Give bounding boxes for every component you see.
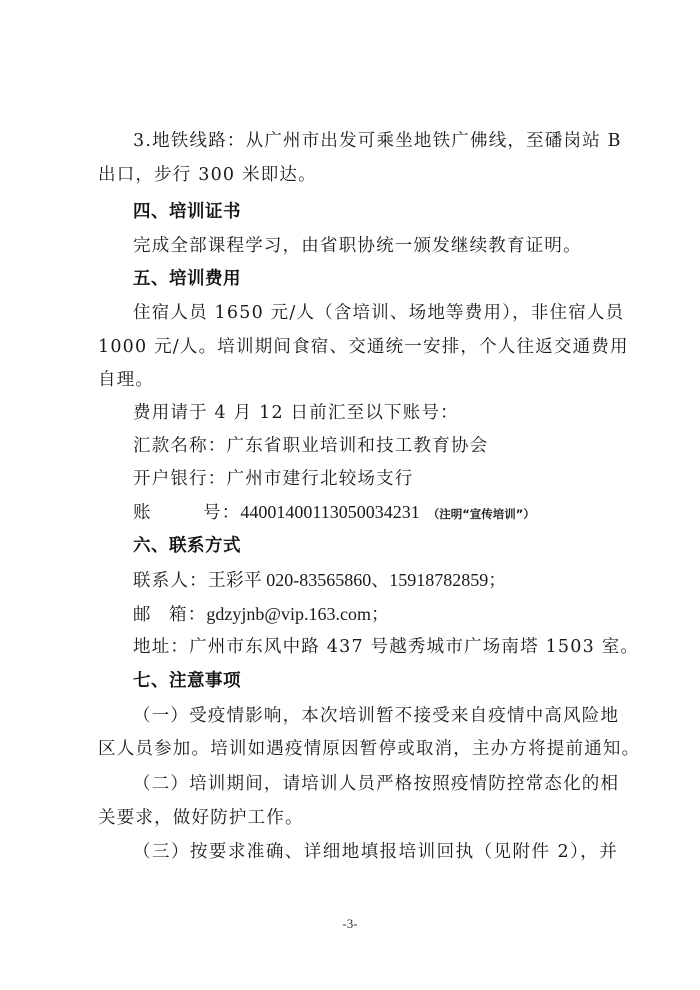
fees-line-3: 自理。 — [98, 367, 618, 393]
account-number: 44001400113050034231 — [240, 502, 419, 522]
contact-address-row: 地址：广州市东风中路 437 号越秀城市广场南塔 1503 室。 — [133, 634, 618, 660]
contact-person-row: 联系人：王彩平 020-83565860、15918782859； — [133, 567, 618, 594]
payee-label: 汇款名称： — [133, 436, 227, 456]
note-item-2-line-1: （二）培训期间，请培训人员严格按照疫情防控常态化的相 — [133, 771, 618, 797]
account-label-part1: 账 — [133, 500, 203, 526]
note-item-1-line-1: （一）受疫情影响，本次培训暂不接受来自疫情中高风险地 — [133, 703, 618, 729]
contact-address-value: 广州市东风中路 437 号越秀城市广场南塔 1503 室。 — [189, 637, 639, 657]
contact-email-row: 邮箱：gdzyjnb@vip.163.com； — [133, 601, 618, 628]
note-item-1-line-2: 区人员参加。培训如遇疫情原因暂停或取消，主办方将提前通知。 — [98, 736, 618, 762]
contact-address-label: 地址： — [133, 637, 189, 657]
certificate-body: 完成全部课程学习，由省职协统一颁发继续教育证明。 — [133, 233, 618, 259]
section-heading-notes: 七、注意事项 — [133, 668, 618, 694]
bank-row: 开户银行：广州市建行北较场支行 — [133, 466, 618, 492]
account-row: 账号：44001400113050034231（注明“宣传培训”） — [133, 499, 618, 527]
metro-route-line-2: 出口，步行 300 米即达。 — [98, 162, 618, 188]
account-note: （注明“宣传培训”） — [428, 507, 535, 521]
email-label-part2: 箱： — [169, 605, 206, 625]
bank-label: 开户银行： — [133, 469, 227, 489]
section-heading-certificate: 四、培训证书 — [133, 199, 618, 225]
account-label-part2: 号： — [203, 503, 240, 523]
payee-row: 汇款名称：广东省职业培训和技工教育协会 — [133, 433, 618, 459]
metro-route-line-1: 3.地铁线路：从广州市出发可乘坐地铁广佛线，至磻岗站 B — [133, 128, 618, 154]
page-number: -3- — [0, 916, 700, 932]
note-item-2-line-2: 关要求，做好防护工作。 — [98, 805, 618, 831]
fees-line-2: 1000 元/人。培训期间食宿、交通统一安排，个人往返交通费用 — [98, 334, 618, 360]
fees-line-1: 住宿人员 1650 元/人（含培训、场地等费用），非住宿人员 — [133, 300, 618, 326]
note-item-3-line-1: （三）按要求准确、详细地填报培训回执（见附件 2），并 — [133, 839, 618, 865]
section-heading-contact: 六、联系方式 — [133, 533, 618, 559]
section-heading-fees: 五、培训费用 — [133, 266, 618, 292]
email-label-part1: 邮 — [133, 602, 169, 628]
bank-value: 广州市建行北较场支行 — [227, 469, 414, 489]
contact-person-value: 王彩平 020-83565860、15918782859； — [208, 570, 507, 590]
payee-value: 广东省职业培训和技工教育协会 — [227, 436, 489, 456]
fees-deadline: 费用请于 4 月 12 日前汇至以下账号： — [133, 400, 618, 426]
contact-person-label: 联系人： — [133, 571, 208, 591]
contact-email-value: gdzyjnb@vip.163.com； — [206, 604, 389, 624]
document-page: 3.地铁线路：从广州市出发可乘坐地铁广佛线，至磻岗站 B 出口，步行 300 米… — [0, 0, 700, 990]
